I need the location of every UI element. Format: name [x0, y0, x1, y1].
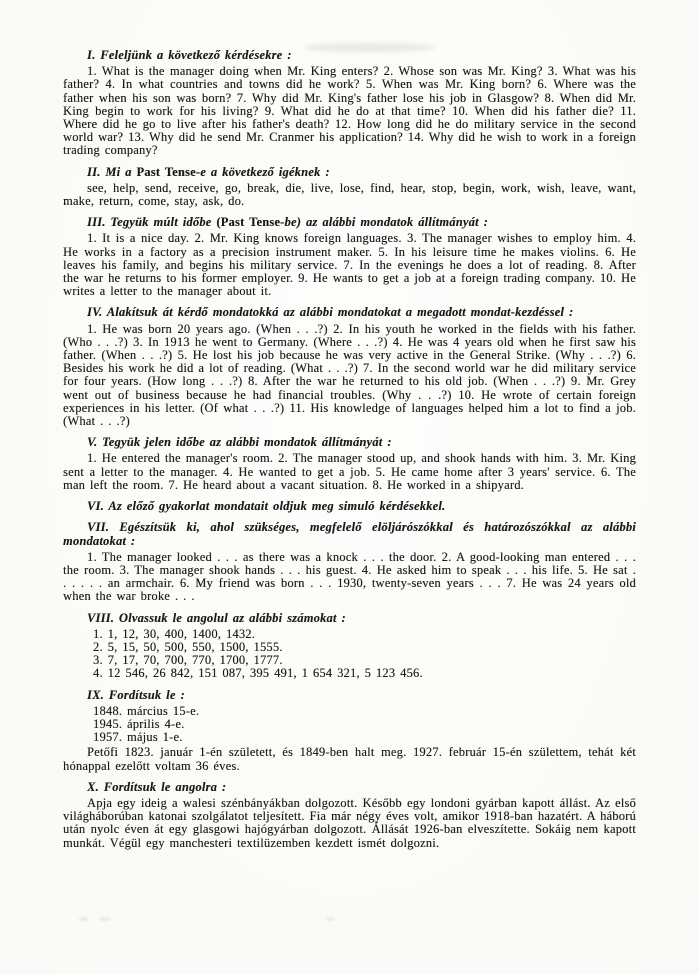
section-10: X. Fordítsuk le angolra : Apja egy ideig…: [63, 781, 636, 850]
scanned-textbook-page: : I. Feleljünk a következő kérdésekre : …: [0, 0, 699, 974]
section-6: VI. Az előző gyakorlat mondatait oldjuk …: [63, 500, 636, 513]
section-7: VII. Egészítsük ki, ahol szükséges, megf…: [63, 521, 636, 603]
section-9: IX. Fordítsuk le : 1848. március 15-e. 1…: [63, 689, 636, 773]
section-6-heading: VI. Az előző gyakorlat mondatait oldjuk …: [63, 500, 636, 513]
scan-dot-artifact: [79, 917, 88, 921]
scan-dot-artifact: [99, 917, 111, 921]
section-4: IV. Alakítsuk át kérdő mondatokká az alá…: [63, 306, 636, 428]
date-row: 1848. március 15-e.: [63, 705, 636, 718]
section-2-paragraph: see, help, send, receive, go, break, die…: [63, 182, 636, 208]
section-7-heading: VII. Egészítsük ki, ahol szükséges, megf…: [63, 521, 636, 547]
section-4-heading: IV. Alakítsuk át kérdő mondatokká az alá…: [63, 306, 636, 319]
date-row: 1957. május 1-e.: [63, 731, 636, 744]
section-8: VIII. Olvassuk le angolul az alábbi szám…: [63, 612, 636, 681]
section-10-paragraph: Apja egy ideig a walesi szénbányákban do…: [63, 797, 636, 850]
section-7-paragraph: 1. The manager looked . . . as there was…: [63, 551, 636, 604]
section-3-paragraph: 1. It is a nice day. 2. Mr. King knows f…: [63, 232, 636, 298]
scan-dot-artifact: [325, 917, 335, 921]
section-3: III. Tegyük múlt időbe (Past Tense-be) a…: [63, 216, 636, 298]
section-5: V. Tegyük jelen időbe az alábbi mondatok…: [63, 436, 636, 492]
section-1-paragraph: 1. What is the manager doing when Mr. Ki…: [63, 65, 636, 157]
section-8-heading: VIII. Olvassuk le angolul az alábbi szám…: [63, 612, 636, 625]
section-1: I. Feleljünk a következő kérdésekre : 1.…: [63, 49, 636, 158]
section-9-paragraph: Petőfi 1823. január 1-én született, és 1…: [63, 746, 636, 772]
section-3-heading: III. Tegyük múlt időbe (Past Tense-be) a…: [63, 216, 636, 229]
section-10-heading: X. Fordítsuk le angolra :: [63, 781, 636, 794]
section-2-heading: II. Mi a Past Tense-e a következő igékne…: [63, 166, 636, 179]
section-9-heading: IX. Fordítsuk le :: [63, 689, 636, 702]
number-row: 4. 12 546, 26 842, 151 087, 395 491, 1 6…: [63, 667, 636, 680]
section-5-paragraph: 1. He entered the manager's room. 2. The…: [63, 452, 636, 492]
section-2: II. Mi a Past Tense-e a következő igékne…: [63, 166, 636, 209]
section-4-paragraph: 1. He was born 20 years ago. (When . . .…: [63, 323, 636, 429]
page-content: I. Feleljünk a következő kérdésekre : 1.…: [63, 49, 636, 850]
section-5-heading: V. Tegyük jelen időbe az alábbi mondatok…: [63, 436, 636, 449]
number-row: 1. 1, 12, 30, 400, 1400, 1432.: [63, 628, 636, 641]
section-1-heading: I. Feleljünk a következő kérdésekre :: [63, 49, 636, 62]
